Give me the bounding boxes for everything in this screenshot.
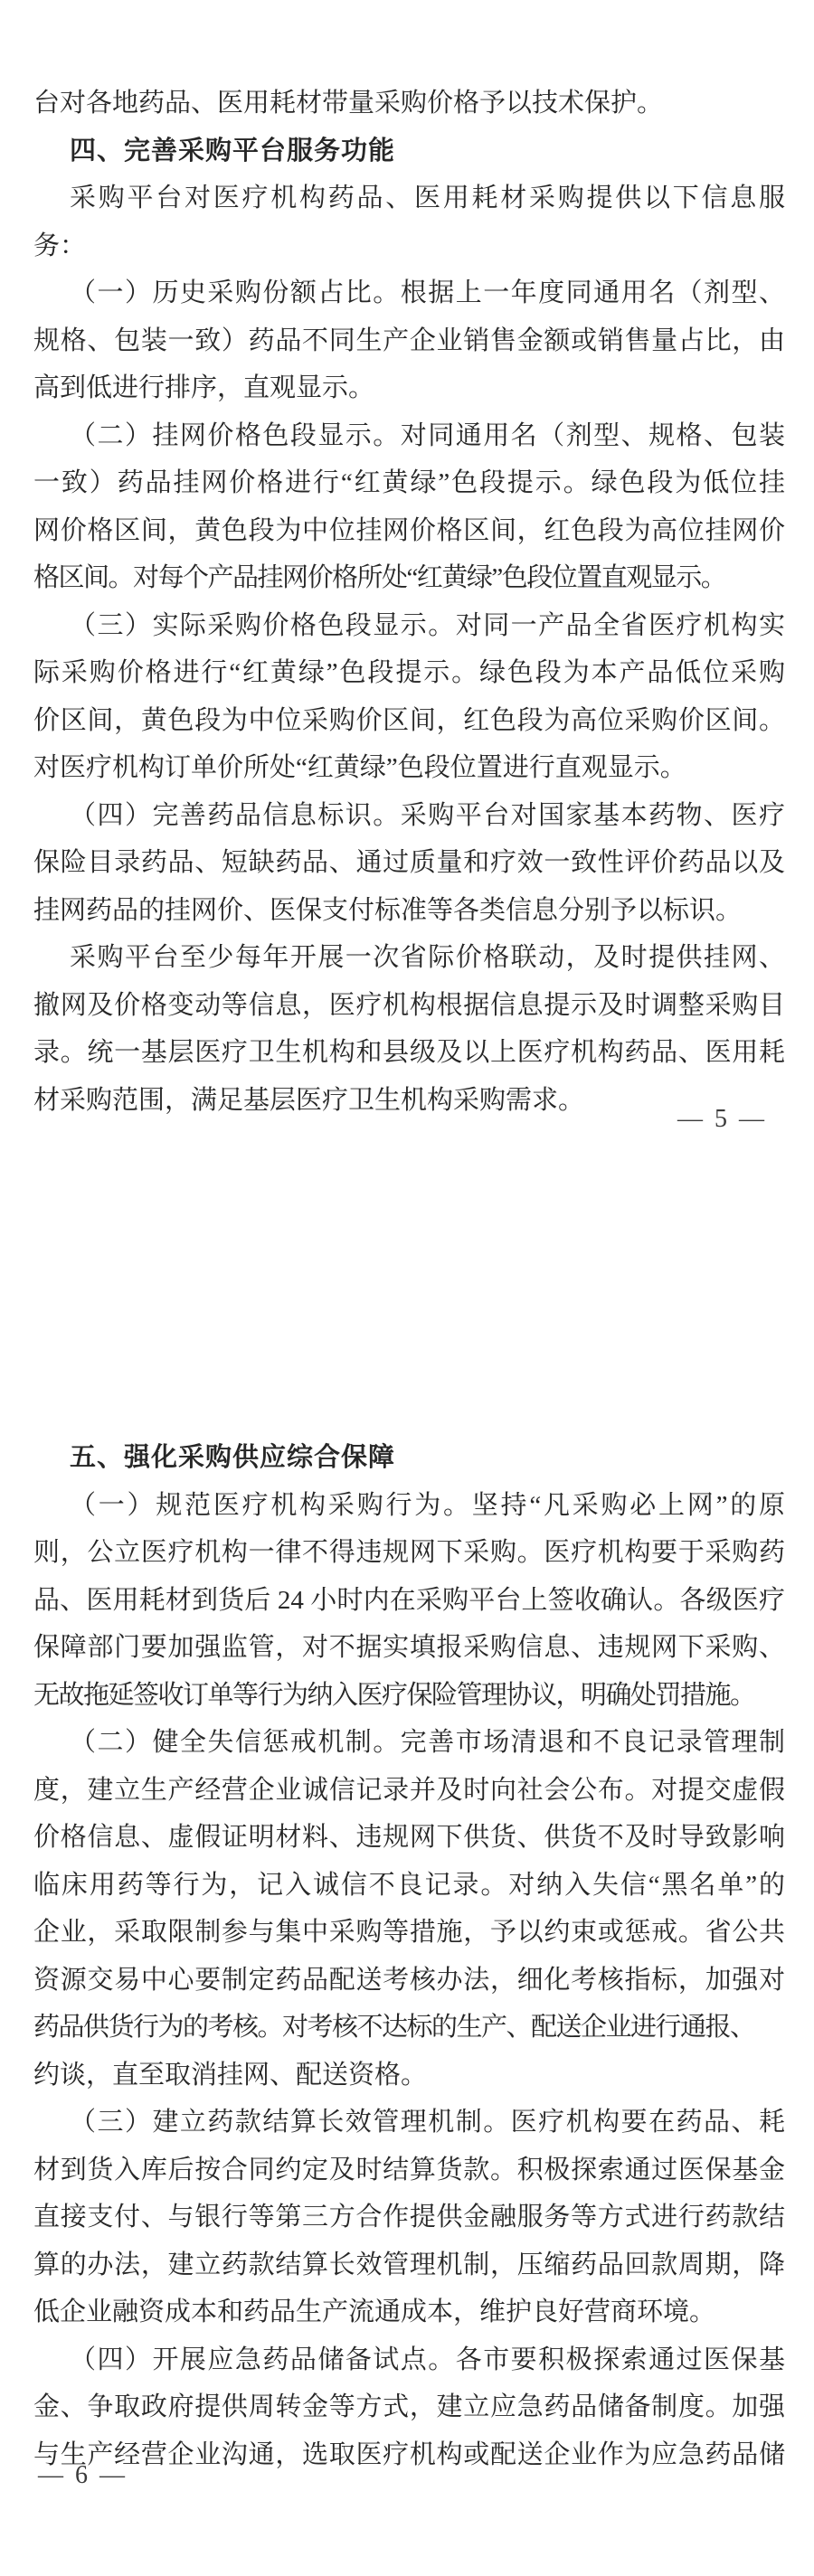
text-line: 材采购范围，满足基层医疗卫生机构采购需求。 <box>33 1077 785 1125</box>
text-line: （四）开展应急药品储备试点。各市要积极探索通过医保基 <box>33 2336 785 2384</box>
section-heading-5: 五、强化采购供应综合保障 <box>33 1434 785 1482</box>
text-line: 则，公立医疗机构一律不得违规网下采购。医疗机构要于采购药 <box>33 1529 785 1577</box>
page-6: 五、强化采购供应综合保障 （一）规范医疗机构采购行为。坚持“凡采购必上网”的原 … <box>33 1434 785 2478</box>
text-line: 临床用药等行为，记入诚信不良记录。对纳入失信“黑名单”的 <box>33 1862 785 1910</box>
text-line: 际采购价格进行“红黄绿”色段提示。绿色段为本产品低位采购 <box>33 649 785 697</box>
text-line: （一）历史采购份额占比。根据上一年度同通用名（剂型、 <box>33 269 785 317</box>
text-line: 对医疗机构订单价所处“红黄绿”色段位置进行直观显示。 <box>33 744 785 792</box>
text-line: 金、争取政府提供周转金等方式，建立应急药品储备制度。加强 <box>33 2383 785 2431</box>
text-line: 药品供货行为的考核。对考核不达标的生产、配送企业进行通报、 <box>33 2004 785 2052</box>
text-line: 挂网药品的挂网价、医保支付标准等各类信息分别予以标识。 <box>33 887 785 935</box>
text-line: （二）挂网价格色段显示。对同通用名（剂型、规格、包装 <box>33 412 785 460</box>
page-number-6: — 6 — <box>38 2461 128 2490</box>
text-line: 算的办法，建立药款结算长效管理机制，压缩药品回款周期，降 <box>33 2241 785 2289</box>
text-line: 约谈，直至取消挂网、配送资格。 <box>33 2052 785 2099</box>
text-line: 度，建立生产经营企业诚信记录并及时向社会公布。对提交虚假 <box>33 1767 785 1815</box>
text-line: 品、医用耗材到货后 24 小时内在采购平台上签收确认。各级医疗 <box>33 1577 785 1625</box>
text-line: 务： <box>33 222 785 270</box>
text-line: 保障部门要加强监管，对不据实填报采购信息、违规网下采购、 <box>33 1624 785 1672</box>
text-line: （三）实际采购价格色段显示。对同一产品全省医疗机构实 <box>33 602 785 650</box>
text-line: 直接支付、与银行等第三方合作提供金融服务等方式进行药款结 <box>33 2194 785 2241</box>
page-number-5: — 5 — <box>677 1105 767 1134</box>
text-line: 保险目录药品、短缺药品、通过质量和疗效一致性评价药品以及 <box>33 839 785 887</box>
text-line: 录。统一基层医疗卫生机构和县级及以上医疗机构药品、医用耗 <box>33 1029 785 1077</box>
text-line: 采购平台至少每年开展一次省际价格联动，及时提供挂网、 <box>33 934 785 982</box>
text-line: 采购平台对医疗机构药品、医用耗材采购提供以下信息服 <box>33 175 785 222</box>
text-line: 网价格区间，黄色段为中位挂网价格区间，红色段为高位挂网价 <box>33 507 785 555</box>
text-line: 撤网及价格变动等信息，医疗机构根据信息提示及时调整采购目 <box>33 982 785 1030</box>
text-line: 与生产经营企业沟通，选取医疗机构或配送企业作为应急药品储 <box>33 2431 785 2479</box>
text-line: 高到低进行排序，直观显示。 <box>33 364 785 412</box>
text-line: （一）规范医疗机构采购行为。坚持“凡采购必上网”的原 <box>33 1482 785 1530</box>
section-heading-4: 四、完善采购平台服务功能 <box>33 127 785 175</box>
text-line: 格区间。对每个产品挂网价格所处“红黄绿”色段位置直观显示。 <box>33 554 785 602</box>
text-line: 价格信息、虚假证明材料、违规网下供货、供货不及时导致影响 <box>33 1814 785 1862</box>
text-line: 低企业融资成本和药品生产流通成本，维护良好营商环境。 <box>33 2288 785 2336</box>
page-5: 台对各地药品、医用耗材带量采购价格予以技术保护。 四、完善采购平台服务功能 采购… <box>33 80 785 1124</box>
text-line: 无故拖延签收订单等行为纳入医疗保险管理协议，明确处罚措施。 <box>33 1672 785 1720</box>
text-line: （三）建立药款结算长效管理机制。医疗机构要在药品、耗 <box>33 2099 785 2147</box>
text-line: 价区间，黄色段为中位采购价区间，红色段为高位采购价区间。 <box>33 697 785 745</box>
text-line: 材到货入库后按合同约定及时结算货款。积极探索通过医保基金 <box>33 2147 785 2194</box>
text-line: （四）完善药品信息标识。采购平台对国家基本药物、医疗 <box>33 792 785 840</box>
text-line: 台对各地药品、医用耗材带量采购价格予以技术保护。 <box>33 80 785 127</box>
text-line: 一致）药品挂网价格进行“红黄绿”色段提示。绿色段为低位挂 <box>33 459 785 507</box>
text-line: （二）健全失信惩戒机制。完善市场清退和不良记录管理制 <box>33 1719 785 1767</box>
text-line: 企业，采取限制参与集中采购等措施，予以约束或惩戒。省公共 <box>33 1909 785 1957</box>
text-line: 规格、包装一致）药品不同生产企业销售金额或销售量占比，由 <box>33 317 785 365</box>
text-line: 资源交易中心要制定药品配送考核办法，细化考核指标，加强对 <box>33 1957 785 2005</box>
